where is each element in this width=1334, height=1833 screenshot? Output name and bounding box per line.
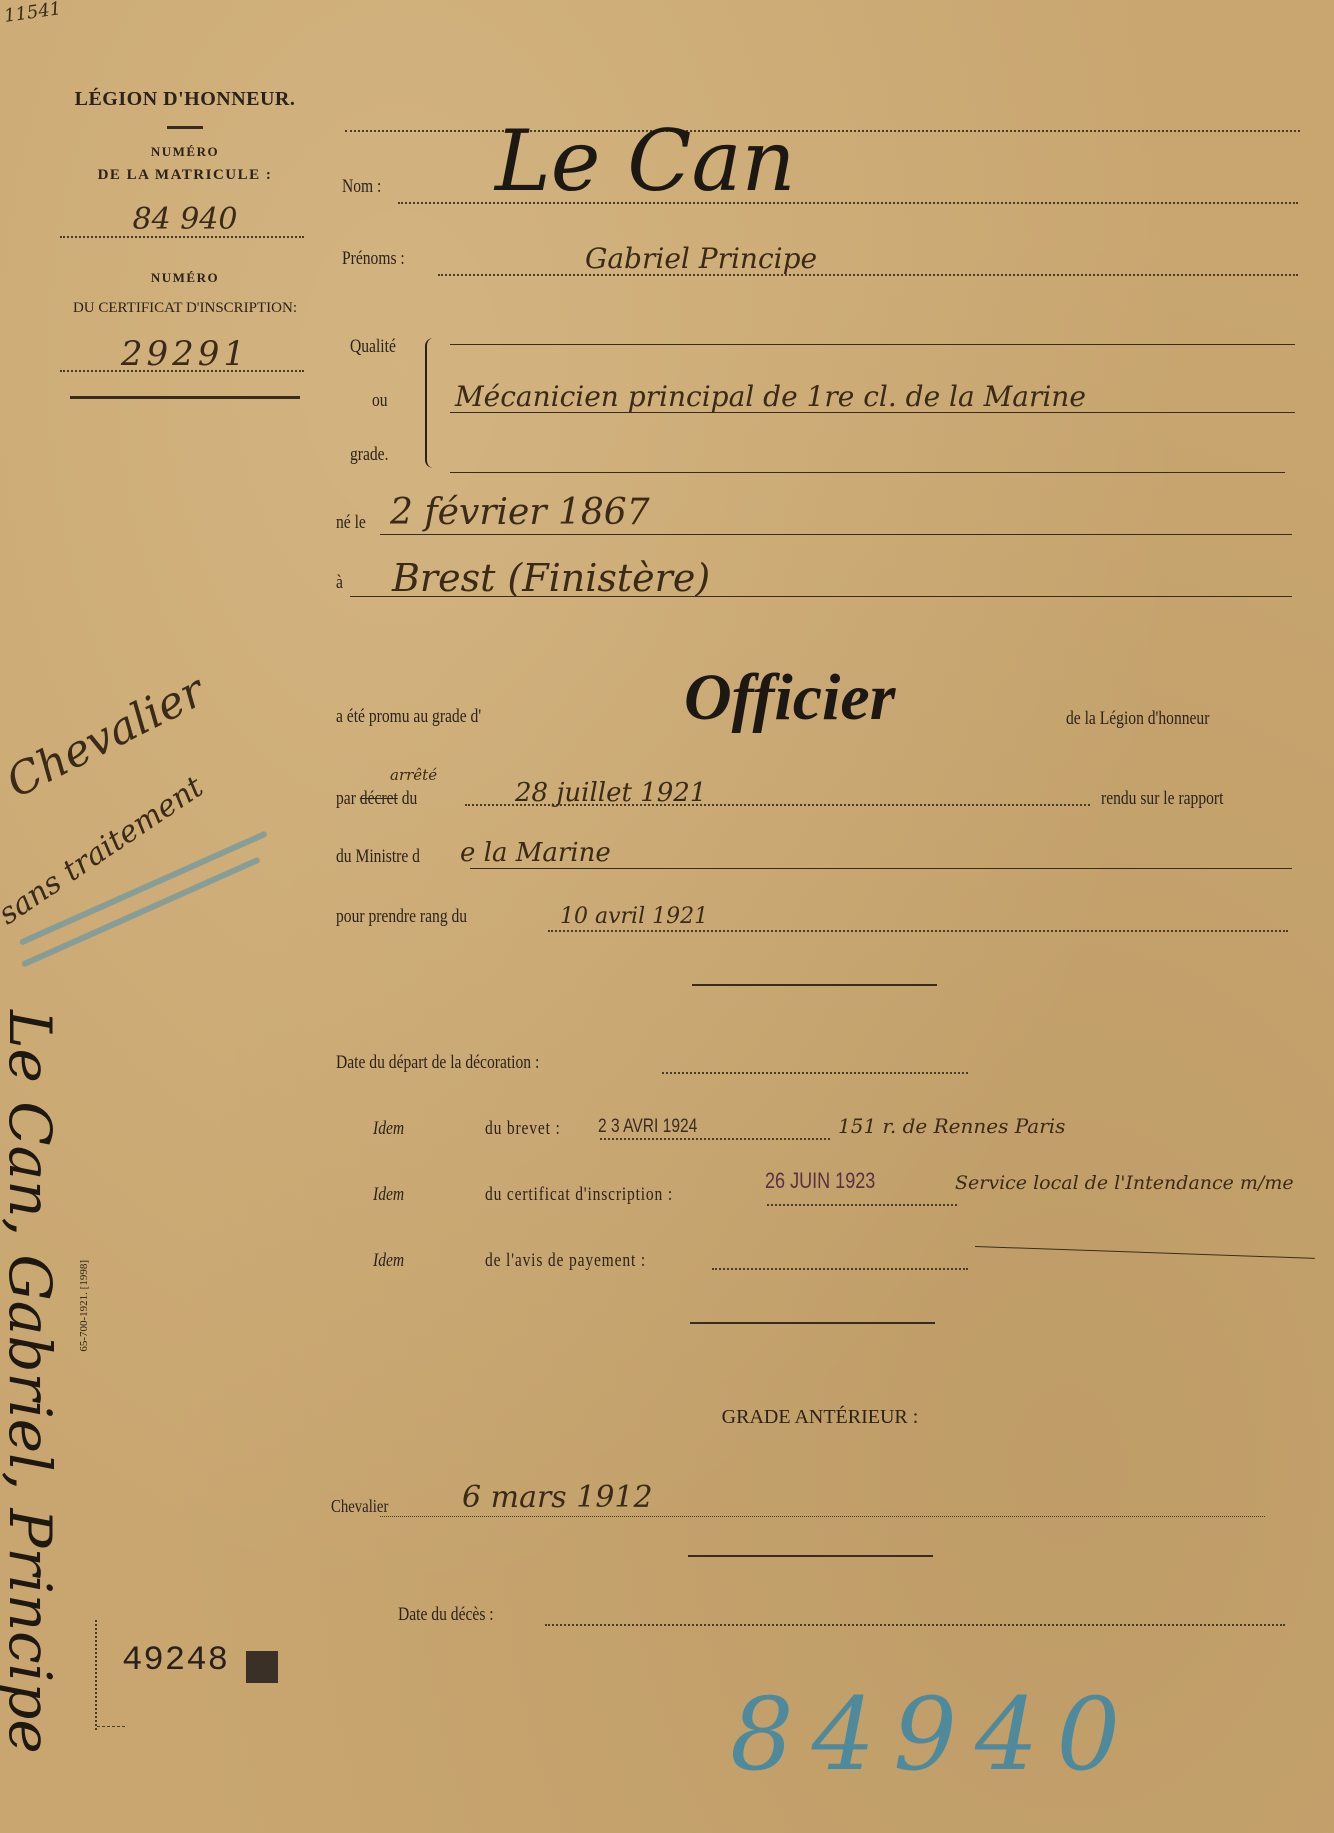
certificat-line [60,370,304,372]
chevalier-value: 6 mars 1912 [462,1480,653,1515]
idem-payement: Idem [373,1250,411,1272]
decret-date: 28 juillet 1921 [515,778,706,808]
matricule-label-1: NUMÉRO [60,144,310,160]
certificat-inscription-label: du certificat d'inscription : [485,1184,714,1206]
rang-line [548,930,1288,932]
section-rule-3 [688,1555,933,1557]
certificat-stamp: 26 JUIN 1923 [765,1168,900,1194]
legion-label: de la Légion d'honneur [1066,708,1241,730]
qualite-line-3 [450,472,1285,473]
header-title: LÉGION D'HONNEUR. [60,88,310,111]
nom-label: Nom : [342,176,390,198]
depart-line [662,1072,968,1074]
a-label: à [336,572,344,594]
matricule-value: 84 940 [60,202,310,237]
brevet-note: 151 r. de Rennes Paris [838,1114,1065,1138]
chevalier-line [380,1516,1265,1517]
depart-label: Date du départ de la décoration : [336,1052,584,1074]
rendu-label: rendu sur le rapport [1101,788,1250,810]
grade-anterieur-title: GRADE ANTÉRIEUR : [620,1406,1020,1429]
top-line [345,130,1300,132]
header-rule [167,126,203,129]
certificat-note: Service local de l'Intendance m/me [955,1172,1294,1194]
decret-insert: arrêté [390,766,437,784]
grade-value: Officier [684,660,895,736]
ministre-label: du Ministre d [336,846,438,868]
par-label: par [336,788,356,809]
certificat-label-1: NUMÉRO [60,270,310,286]
certificat-rule [70,396,300,399]
stamp-bracket-horizontal [97,1726,125,1727]
certificat-value: 29291 [60,334,310,374]
certificat-line-2 [767,1204,957,1206]
brevet-label: du brevet : [485,1118,577,1140]
section-rule-2 [690,1322,935,1324]
certificat-note-rule [975,1246,1315,1259]
decret-line-label: par décret du [336,788,435,810]
brevet-stamp: 2 3 AVRI 1924 [598,1116,719,1138]
a-value: Brest (Finistère) [392,556,710,600]
stamp-number: 49248 [122,1642,229,1680]
matricule-line [60,236,304,238]
qualite-label-1: Qualité [350,336,406,358]
brevet-line [600,1138,830,1140]
rang-label: pour prendre rang du [336,906,496,928]
qualite-value: Mécanicien principal de 1re cl. de la Ma… [455,380,1086,413]
deces-line [545,1624,1285,1626]
corner-note: 11541 [3,0,63,27]
vertical-name: Le Can, Gabriel, Principe [0,1010,64,1754]
qualite-brace [425,338,437,468]
stamp-square-icon [246,1651,278,1683]
qualite-label-2: ou [372,390,391,412]
chevalier-label: Chevalier [331,1496,401,1517]
du-label: du [402,788,418,809]
nom-value: Le Can [495,112,796,210]
stamp-bracket-vertical [95,1620,99,1730]
ministre-line [470,868,1292,869]
rang-value: 10 avril 1921 [560,904,708,929]
matricule-label-2: DE LA MATRICULE : [60,167,310,184]
idem-certificat: Idem [373,1184,411,1206]
blue-number: 84940 [730,1676,1138,1793]
qualite-label-3: grade. [350,444,397,466]
printer-code: 65-700-1921. [1998] [78,1260,90,1352]
payement-line [712,1268,968,1270]
deces-label: Date du décès : [398,1604,515,1626]
ne-le-value: 2 février 1867 [390,492,650,533]
ne-le-label: né le [336,512,372,534]
qualite-line-1 [450,344,1295,345]
ne-le-line [380,534,1292,535]
certificat-label-2: DU CERTIFICAT D'INSCRIPTION: [55,300,315,317]
prenoms-value: Gabriel Principe [585,242,817,275]
ministre-value: e la Marine [460,838,611,868]
promu-label: a été promu au grade d' [336,706,513,728]
section-rule-1 [692,984,937,986]
idem-brevet: Idem [373,1118,411,1140]
decret-struck: décret [360,788,398,809]
payement-label: de l'avis de payement : [485,1250,681,1272]
prenoms-line [438,274,1298,276]
prenoms-label: Prénoms : [342,248,419,270]
